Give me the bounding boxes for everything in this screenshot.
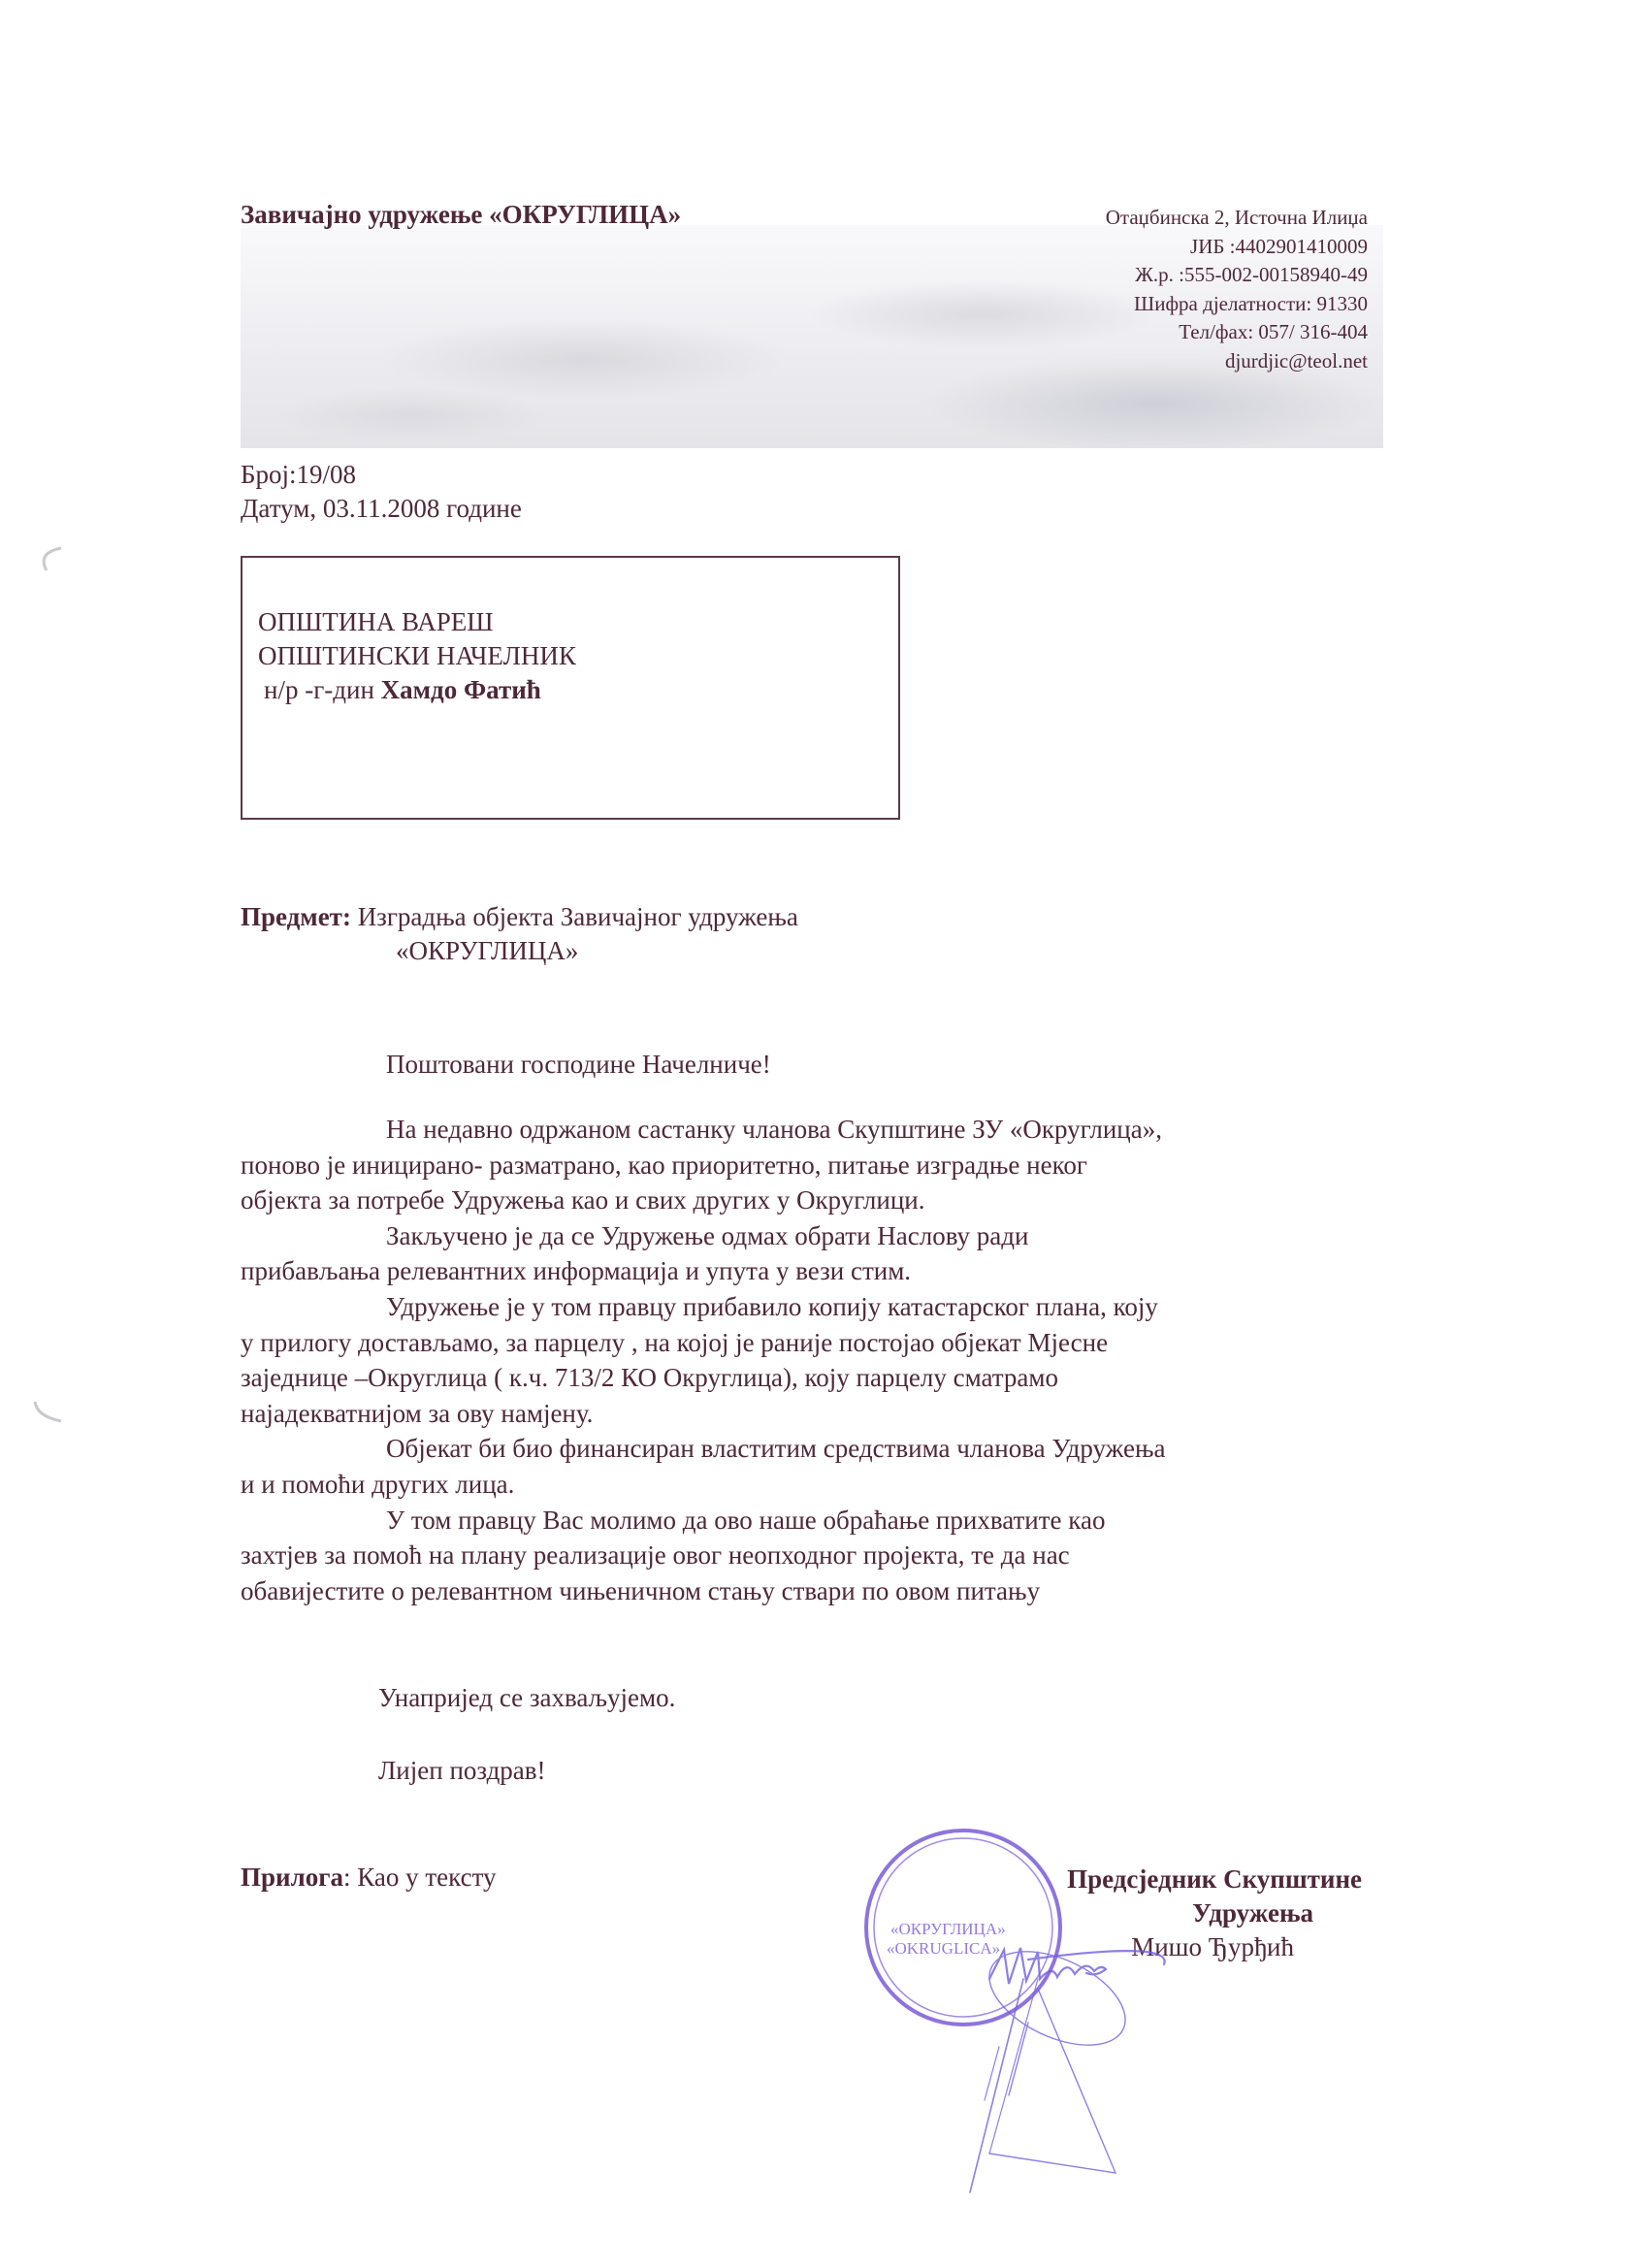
recipient-address: ОПШТИНА ВАРЕШ ОПШТИНСКИ НАЧЕЛНИК н/р -г-… bbox=[258, 605, 576, 707]
reference-number: Број:19/08 bbox=[241, 458, 522, 492]
body-line: Закључено је да се Удружење одмах обрати… bbox=[241, 1218, 1366, 1254]
body-line: заједнице –Округлица ( к.ч. 713/2 КО Окр… bbox=[241, 1360, 1366, 1396]
body-line: најадекватнијом за ову намјену. bbox=[241, 1396, 1366, 1432]
recipient-line-2: ОПШТИНСКИ НАЧЕЛНИК bbox=[258, 639, 576, 673]
organization-name: Завичајно удружење «ОКРУГЛИЦА» bbox=[241, 200, 681, 230]
signatory-title: Предсједник Скупштине bbox=[1067, 1863, 1362, 1896]
attachments-value: : Као у тексту bbox=[343, 1863, 497, 1892]
phone-fax: Тел/фах: 057/ 316-404 bbox=[1106, 318, 1368, 347]
email: djurdjic@teol.net bbox=[1106, 347, 1368, 376]
body-line: прибављања релевантних информација и упу… bbox=[241, 1253, 1366, 1289]
recipient-line-1: ОПШТИНА ВАРЕШ bbox=[258, 605, 576, 639]
closing-regards: Лијеп поздрав! bbox=[378, 1756, 546, 1786]
recipient-attention: н/р -г-дин Хамдо Фатић bbox=[258, 673, 576, 707]
reference-block: Број:19/08 Датум, 03.11.2008 године bbox=[241, 458, 522, 526]
body-line: У том правцу Вас молимо да ово наше обра… bbox=[241, 1503, 1366, 1539]
body-line: На недавно одржаном састанку чланова Ску… bbox=[241, 1112, 1366, 1148]
body-line: у прилогу достављамо, за парцелу , на ко… bbox=[241, 1325, 1366, 1361]
attention-name: Хамдо Фатић bbox=[381, 675, 541, 704]
subject-text: Изградња објекта Завичајног удружења bbox=[351, 902, 798, 931]
letterhead-contact-block: Отаџбинска 2, Источна Илиџа ЈИБ :4402901… bbox=[1106, 204, 1368, 375]
body-line: Објекат би био финансиран властитим сред… bbox=[241, 1431, 1366, 1467]
body-line: поново је иницирано- разматрано, као при… bbox=[241, 1148, 1366, 1183]
attention-prefix: н/р -г-дин bbox=[264, 675, 381, 704]
body-line: и и помоћи других лица. bbox=[241, 1467, 1366, 1503]
bank-account: Ж.р. :555-002-00158940-49 bbox=[1106, 261, 1368, 290]
letter-body: На недавно одржаном састанку чланова Ску… bbox=[241, 1112, 1366, 1608]
salutation: Поштовани господине Начелниче! bbox=[386, 1050, 771, 1080]
subject-block: Предмет: Изградња објекта Завичајног удр… bbox=[241, 900, 798, 968]
body-line: Удружење је у том правцу прибавило копиј… bbox=[241, 1289, 1366, 1325]
subject-line-1: Предмет: Изградња објекта Завичајног удр… bbox=[241, 900, 798, 934]
attachments-label: Прилога bbox=[241, 1863, 343, 1892]
body-line: захтјев за помоћ на плану реализације ов… bbox=[241, 1538, 1366, 1573]
closing-thanks: Унапријед се захваљујемо. bbox=[378, 1683, 675, 1713]
address: Отаџбинска 2, Источна Илиџа bbox=[1106, 204, 1368, 233]
scan-artifact-icon bbox=[27, 543, 66, 572]
signatory-title-2: Удружења bbox=[1067, 1896, 1362, 1930]
attachments-line: Прилога: Као у тексту bbox=[241, 1863, 497, 1893]
jib-number: ЈИБ :4402901410009 bbox=[1106, 233, 1368, 262]
subject-label: Предмет: bbox=[241, 902, 351, 931]
handwritten-signature-icon bbox=[931, 1930, 1222, 2241]
activity-code: Шифра дјелатности: 91330 bbox=[1106, 290, 1368, 319]
body-line: објекта за потребе Удружења као и свих д… bbox=[241, 1183, 1366, 1218]
letter-page: Завичајно удружење «ОКРУГЛИЦА» Отаџбинск… bbox=[0, 0, 1649, 2268]
scan-artifact-icon bbox=[27, 1397, 66, 1426]
body-line: обавијестите о релевантном чињеничном ст… bbox=[241, 1573, 1366, 1609]
subject-line-2: «ОКРУГЛИЦА» bbox=[241, 934, 798, 968]
reference-date: Датум, 03.11.2008 године bbox=[241, 492, 522, 526]
